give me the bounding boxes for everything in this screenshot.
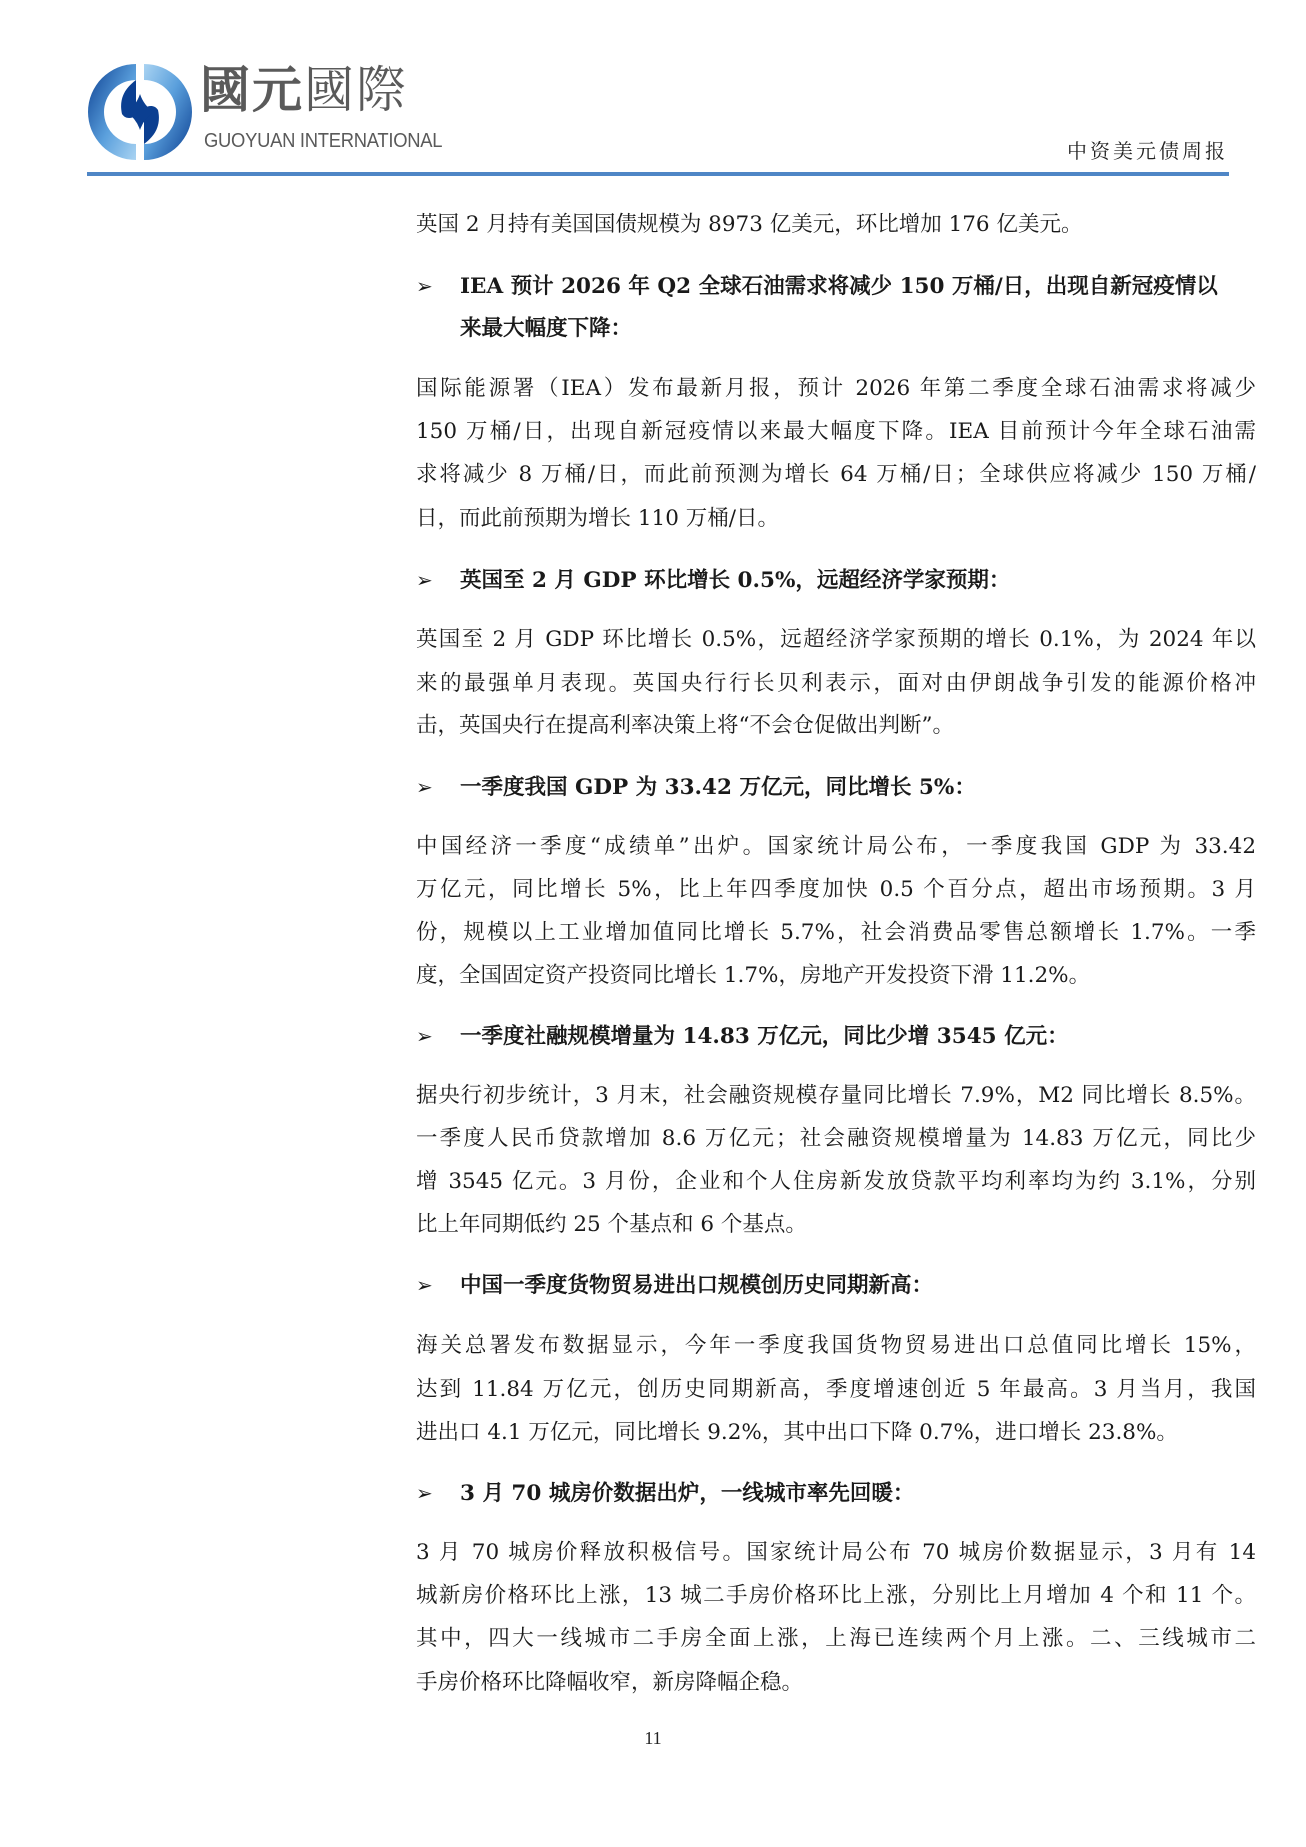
brand-name-en: GUOYUAN INTERNATIONAL: [204, 130, 442, 153]
paragraph-line: 手房价格环比降幅收窄，新房降幅企稳。: [416, 1668, 1256, 1698]
section-heading: ➢英国至 2 月 GDP 环比增长 0.5%，远超经济学家预期：: [416, 565, 1256, 596]
section-heading: ➢3 月 70 城房价数据出炉，一线城市率先回暖：: [416, 1478, 1256, 1509]
paragraph-line: 据央行初步统计，3 月末，社会融资规模存量同比增长 7.9%，M2 同比增长 8…: [416, 1081, 1256, 1111]
paragraph-line: 求将减少 8 万桶/日，而此前预测为增长 64 万桶/日；全球供应将减少 150…: [416, 460, 1256, 490]
section-heading: ➢IEA 预计 2026 年 Q2 全球石油需求将减少 150 万桶/日，出现自…: [416, 271, 1256, 302]
intro-line: 英国 2 月持有美国国债规模为 8973 亿美元，环比增加 176 亿美元。: [416, 210, 1256, 240]
paragraph-line: 击，英国央行在提高利率决策上将“不会仓促做出判断”。: [416, 711, 1256, 741]
brand-name-cn: 國元國際: [200, 62, 408, 118]
brand-cn-bold: 國元: [200, 61, 304, 119]
report-title: 中资美元债周报: [1067, 135, 1228, 164]
paragraph-line: 英国至 2 月 GDP 环比增长 0.5%，远超经济学家预期的增长 0.1%，为…: [416, 625, 1256, 655]
bullet-arrow-icon: ➢: [416, 1021, 460, 1051]
paragraph-line: 比上年同期低约 25 个基点和 6 个基点。: [416, 1210, 1256, 1240]
bullet-arrow-icon: ➢: [416, 1270, 460, 1300]
paragraph-line: 中国经济一季度“成绩单”出炉。国家统计局公布，一季度我国 GDP 为 33.42: [416, 832, 1256, 862]
paragraph-line: 进出口 4.1 万亿元，同比增长 9.2%，其中出口下降 0.7%，进口增长 2…: [416, 1418, 1256, 1448]
brand-cn-light: 國際: [304, 61, 408, 119]
paragraph-line: 其中，四大一线城市二手房全面上涨，上海已连续两个月上涨。二、三线城市二: [416, 1624, 1256, 1654]
paragraph-line: 日，而此前预期为增长 110 万桶/日。: [416, 504, 1256, 534]
header-divider: [87, 172, 1229, 176]
paragraph-line: 3 月 70 城房价释放积极信号。国家统计局公布 70 城房价数据显示，3 月有…: [416, 1538, 1256, 1568]
section-heading: ➢中国一季度货物贸易进出口规模创历史同期新高：: [416, 1270, 1256, 1301]
bullet-arrow-icon: ➢: [416, 772, 460, 802]
bullet-arrow-icon: ➢: [416, 565, 460, 595]
paragraph-line: 万亿元，同比增长 5%，比上年四季度加快 0.5 个百分点，超出市场预期。3 月: [416, 875, 1256, 905]
paragraph-line: 达到 11.84 万亿元，创历史同期新高，季度增速创近 5 年最高。3 月当月，…: [416, 1375, 1256, 1405]
paragraph-line: 国际能源署（IEA）发布最新月报，预计 2026 年第二季度全球石油需求将减少: [416, 374, 1256, 404]
paragraph-line: 份，规模以上工业增加值同比增长 5.7%，社会消费品零售总额增长 1.7%。一季: [416, 918, 1256, 948]
paragraph-line: 海关总署发布数据显示，今年一季度我国货物贸易进出口总值同比增长 15%，: [416, 1331, 1256, 1361]
section-heading: ➢一季度社融规模增量为 14.83 万亿元，同比少增 3545 亿元：: [416, 1021, 1256, 1052]
bullet-arrow-icon: ➢: [416, 271, 460, 301]
paragraph-line: 来的最强单月表现。英国央行行长贝利表示，面对由伊朗战争引发的能源价格冲: [416, 669, 1256, 699]
section-heading: ➢一季度我国 GDP 为 33.42 万亿元，同比增长 5%：: [416, 772, 1256, 803]
page-number: 11: [0, 1728, 1306, 1749]
paragraph-line: 度，全国固定资产投资同比增长 1.7%，房地产开发投资下滑 11.2%。: [416, 961, 1256, 991]
paragraph-line: 150 万桶/日，出现自新冠疫情以来最大幅度下降。IEA 目前预计今年全球石油需: [416, 417, 1256, 447]
bullet-arrow-icon: ➢: [416, 1478, 460, 1508]
section-heading-cont: 来最大幅度下降：: [460, 314, 1300, 344]
guoyuan-logo-icon: [88, 60, 192, 164]
paragraph-line: 增 3545 亿元。3 月份，企业和个人住房新发放贷款平均利率均为约 3.1%，…: [416, 1167, 1256, 1197]
paragraph-line: 城新房价格环比上涨，13 城二手房价格环比上涨，分别比上月增加 4 个和 11 …: [416, 1581, 1256, 1611]
paragraph-line: 一季度人民币贷款增加 8.6 万亿元；社会融资规模增量为 14.83 万亿元，同…: [416, 1124, 1256, 1154]
